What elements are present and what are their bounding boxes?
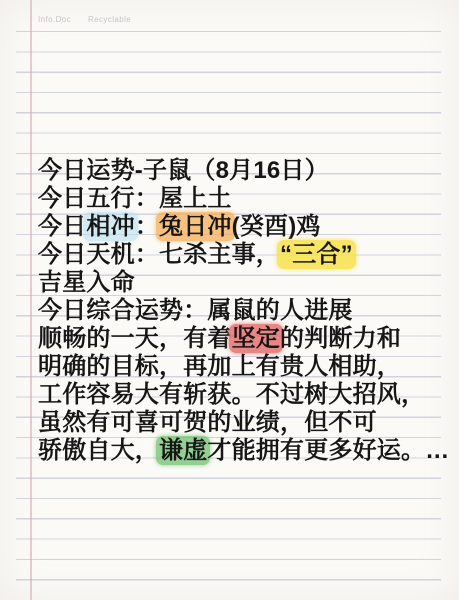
fortune-line: 工作容易大有斩获。不过树大招风， — [38, 381, 444, 409]
text-segment: 的判断力和 — [280, 325, 401, 352]
margin-line — [30, 0, 32, 600]
fortune-line: 今日天机：七杀主事，“三合” — [38, 241, 444, 269]
text-segment: 骄傲自大， — [38, 437, 159, 464]
fortune-line: 今日五行：屋上土 — [38, 185, 444, 213]
text-segment: 顺畅的一天，有着 — [38, 325, 232, 352]
fortune-line: 虽然有可喜可贺的业绩，但不可 — [38, 409, 444, 437]
fortune-line: 骄傲自大，谦虚才能拥有更多好运。… — [38, 437, 444, 465]
fortune-line: 今日相冲：兔日冲(癸酉)鸡 — [38, 213, 444, 241]
text-segment: 才能拥有更多好运。… — [207, 437, 449, 464]
text-segment: (癸酉)鸡 — [232, 213, 321, 240]
highlighted-text: 兔日冲 — [156, 212, 235, 241]
header-recyclable-label: Recyclable — [88, 15, 131, 25]
page-header: Info.Doc Recyclable — [0, 15, 459, 27]
highlighted-text: “三合” — [277, 240, 356, 269]
fortune-line: 明确的目标，再加上有贵人相助， — [38, 353, 444, 381]
text-segment: 明确的目标，再加上有贵人相助， — [38, 353, 401, 380]
text-segment: 今日 — [38, 213, 86, 240]
text-segment: 今日综合运势：属鼠的人进展 — [38, 297, 353, 324]
fortune-line: 今日运势-子鼠（8月16日） — [38, 157, 444, 185]
fortune-line: 吉星入命 — [38, 269, 444, 297]
fortune-line: 顺畅的一天，有着坚定的判断力和 — [38, 325, 444, 353]
highlighted-text: 相冲 — [83, 212, 137, 241]
text-segment: 今日天机：七杀主事， — [38, 241, 280, 268]
text-segment: 虽然有可喜可贺的业绩，但不可 — [38, 409, 377, 436]
fortune-text: 今日运势-子鼠（8月16日）今日五行：屋上土今日相冲：兔日冲(癸酉)鸡今日天机：… — [38, 157, 444, 465]
text-segment: 吉星入命 — [38, 269, 135, 296]
header-info-doc-label: Info.Doc — [38, 15, 71, 25]
highlighted-text: 谦虚 — [156, 436, 210, 465]
text-segment: 今日运势-子鼠（8月16日） — [38, 157, 329, 184]
fortune-line: 今日综合运势：属鼠的人进展 — [38, 297, 444, 325]
text-segment: 工作容易大有斩获。不过树大招风， — [38, 381, 425, 408]
notebook-page: Info.Doc Recyclable 今日运势-子鼠（8月16日）今日五行：屋… — [0, 0, 459, 600]
highlighted-text: 坚定 — [229, 324, 283, 353]
text-segment: 今日五行：屋上土 — [38, 185, 232, 212]
